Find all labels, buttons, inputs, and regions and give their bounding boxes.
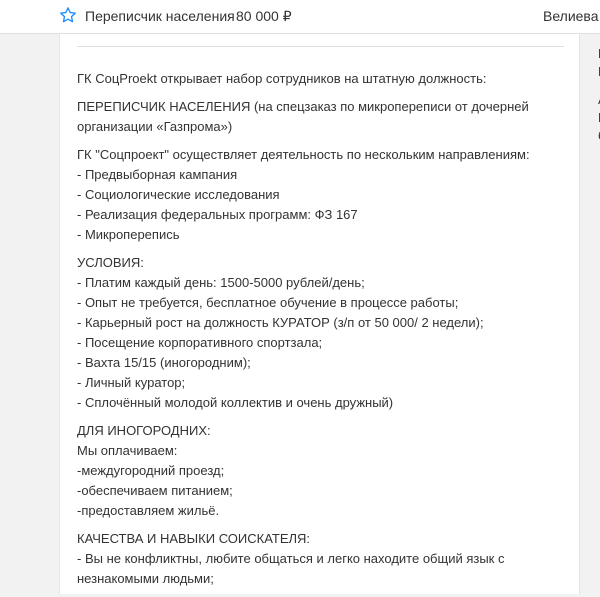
listing-description: ГК СоцProekt открывает набор сотрудников… xyxy=(77,69,567,585)
description-line: ДЛЯ ИНОГОРОДНИХ: xyxy=(77,421,567,441)
listing-title: Переписчик населения xyxy=(85,8,235,24)
description-card: ГК СоцProekt открывает набор сотрудников… xyxy=(59,34,580,585)
description-line: - Реализация федеральных программ: ФЗ 16… xyxy=(77,205,567,225)
description-line: - Предвыборная кампания xyxy=(77,165,567,185)
listing-price: 80 000 ₽ xyxy=(236,8,292,25)
description-line: КАЧЕСТВА И НАВЫКИ СОИСКАТЕЛЯ: xyxy=(77,529,567,549)
description-line: - Вахта 15/15 (иногородним); xyxy=(77,353,567,373)
description-paragraph: ГК СоцProekt открывает набор сотрудников… xyxy=(77,69,567,89)
description-line: ПЕРЕПИСЧИК НАСЕЛЕНИЯ (на спецзаказ по ми… xyxy=(77,97,567,137)
description-line: - Опыт не требуется, бесплатное обучение… xyxy=(77,293,567,313)
description-line: ГК "Соцпроект" осуществляет деятельность… xyxy=(77,145,567,165)
description-line: - Вы не конфликтны, любите общаться и ле… xyxy=(77,549,567,585)
description-line: - Сплочённый молодой коллектив и очень д… xyxy=(77,393,567,413)
sticky-header: Переписчик населения 80 000 ₽ Велиева xyxy=(0,0,600,34)
right-sidebar: Г В А N 6 xyxy=(580,34,600,585)
description-line: - Посещение корпоративного спортзала; xyxy=(77,333,567,353)
description-paragraph: КАЧЕСТВА И НАВЫКИ СОИСКАТЕЛЯ:- Вы не кон… xyxy=(77,529,567,585)
description-line: - Карьерный рост на должность КУРАТОР (з… xyxy=(77,313,567,333)
description-line: - Платим каждый день: 1500-5000 рублей/д… xyxy=(77,273,567,293)
seller-name[interactable]: Велиева xyxy=(543,8,599,24)
description-line: - Микроперепись xyxy=(77,225,567,245)
description-line: Мы оплачиваем: xyxy=(77,441,567,461)
description-line: -обеспечиваем питанием; xyxy=(77,481,567,501)
description-paragraph: ГК "Соцпроект" осуществляет деятельность… xyxy=(77,145,567,245)
description-line: - Социологические исследования xyxy=(77,185,567,205)
description-paragraph: ПЕРЕПИСЧИК НАСЕЛЕНИЯ (на спецзаказ по ми… xyxy=(77,97,567,137)
description-line: -предоставляем жильё. xyxy=(77,501,567,521)
description-line: -междугородний проезд; xyxy=(77,461,567,481)
description-line: УСЛОВИЯ: xyxy=(77,253,567,273)
description-paragraph: ДЛЯ ИНОГОРОДНИХ:Мы оплачиваем:-междугоро… xyxy=(77,421,567,521)
description-paragraph: УСЛОВИЯ:- Платим каждый день: 1500-5000 … xyxy=(77,253,567,413)
description-line: ГК СоцProekt открывает набор сотрудников… xyxy=(77,69,567,89)
favorite-star-icon[interactable] xyxy=(59,6,77,24)
description-line: - Личный куратор; xyxy=(77,373,567,393)
divider xyxy=(77,46,564,47)
